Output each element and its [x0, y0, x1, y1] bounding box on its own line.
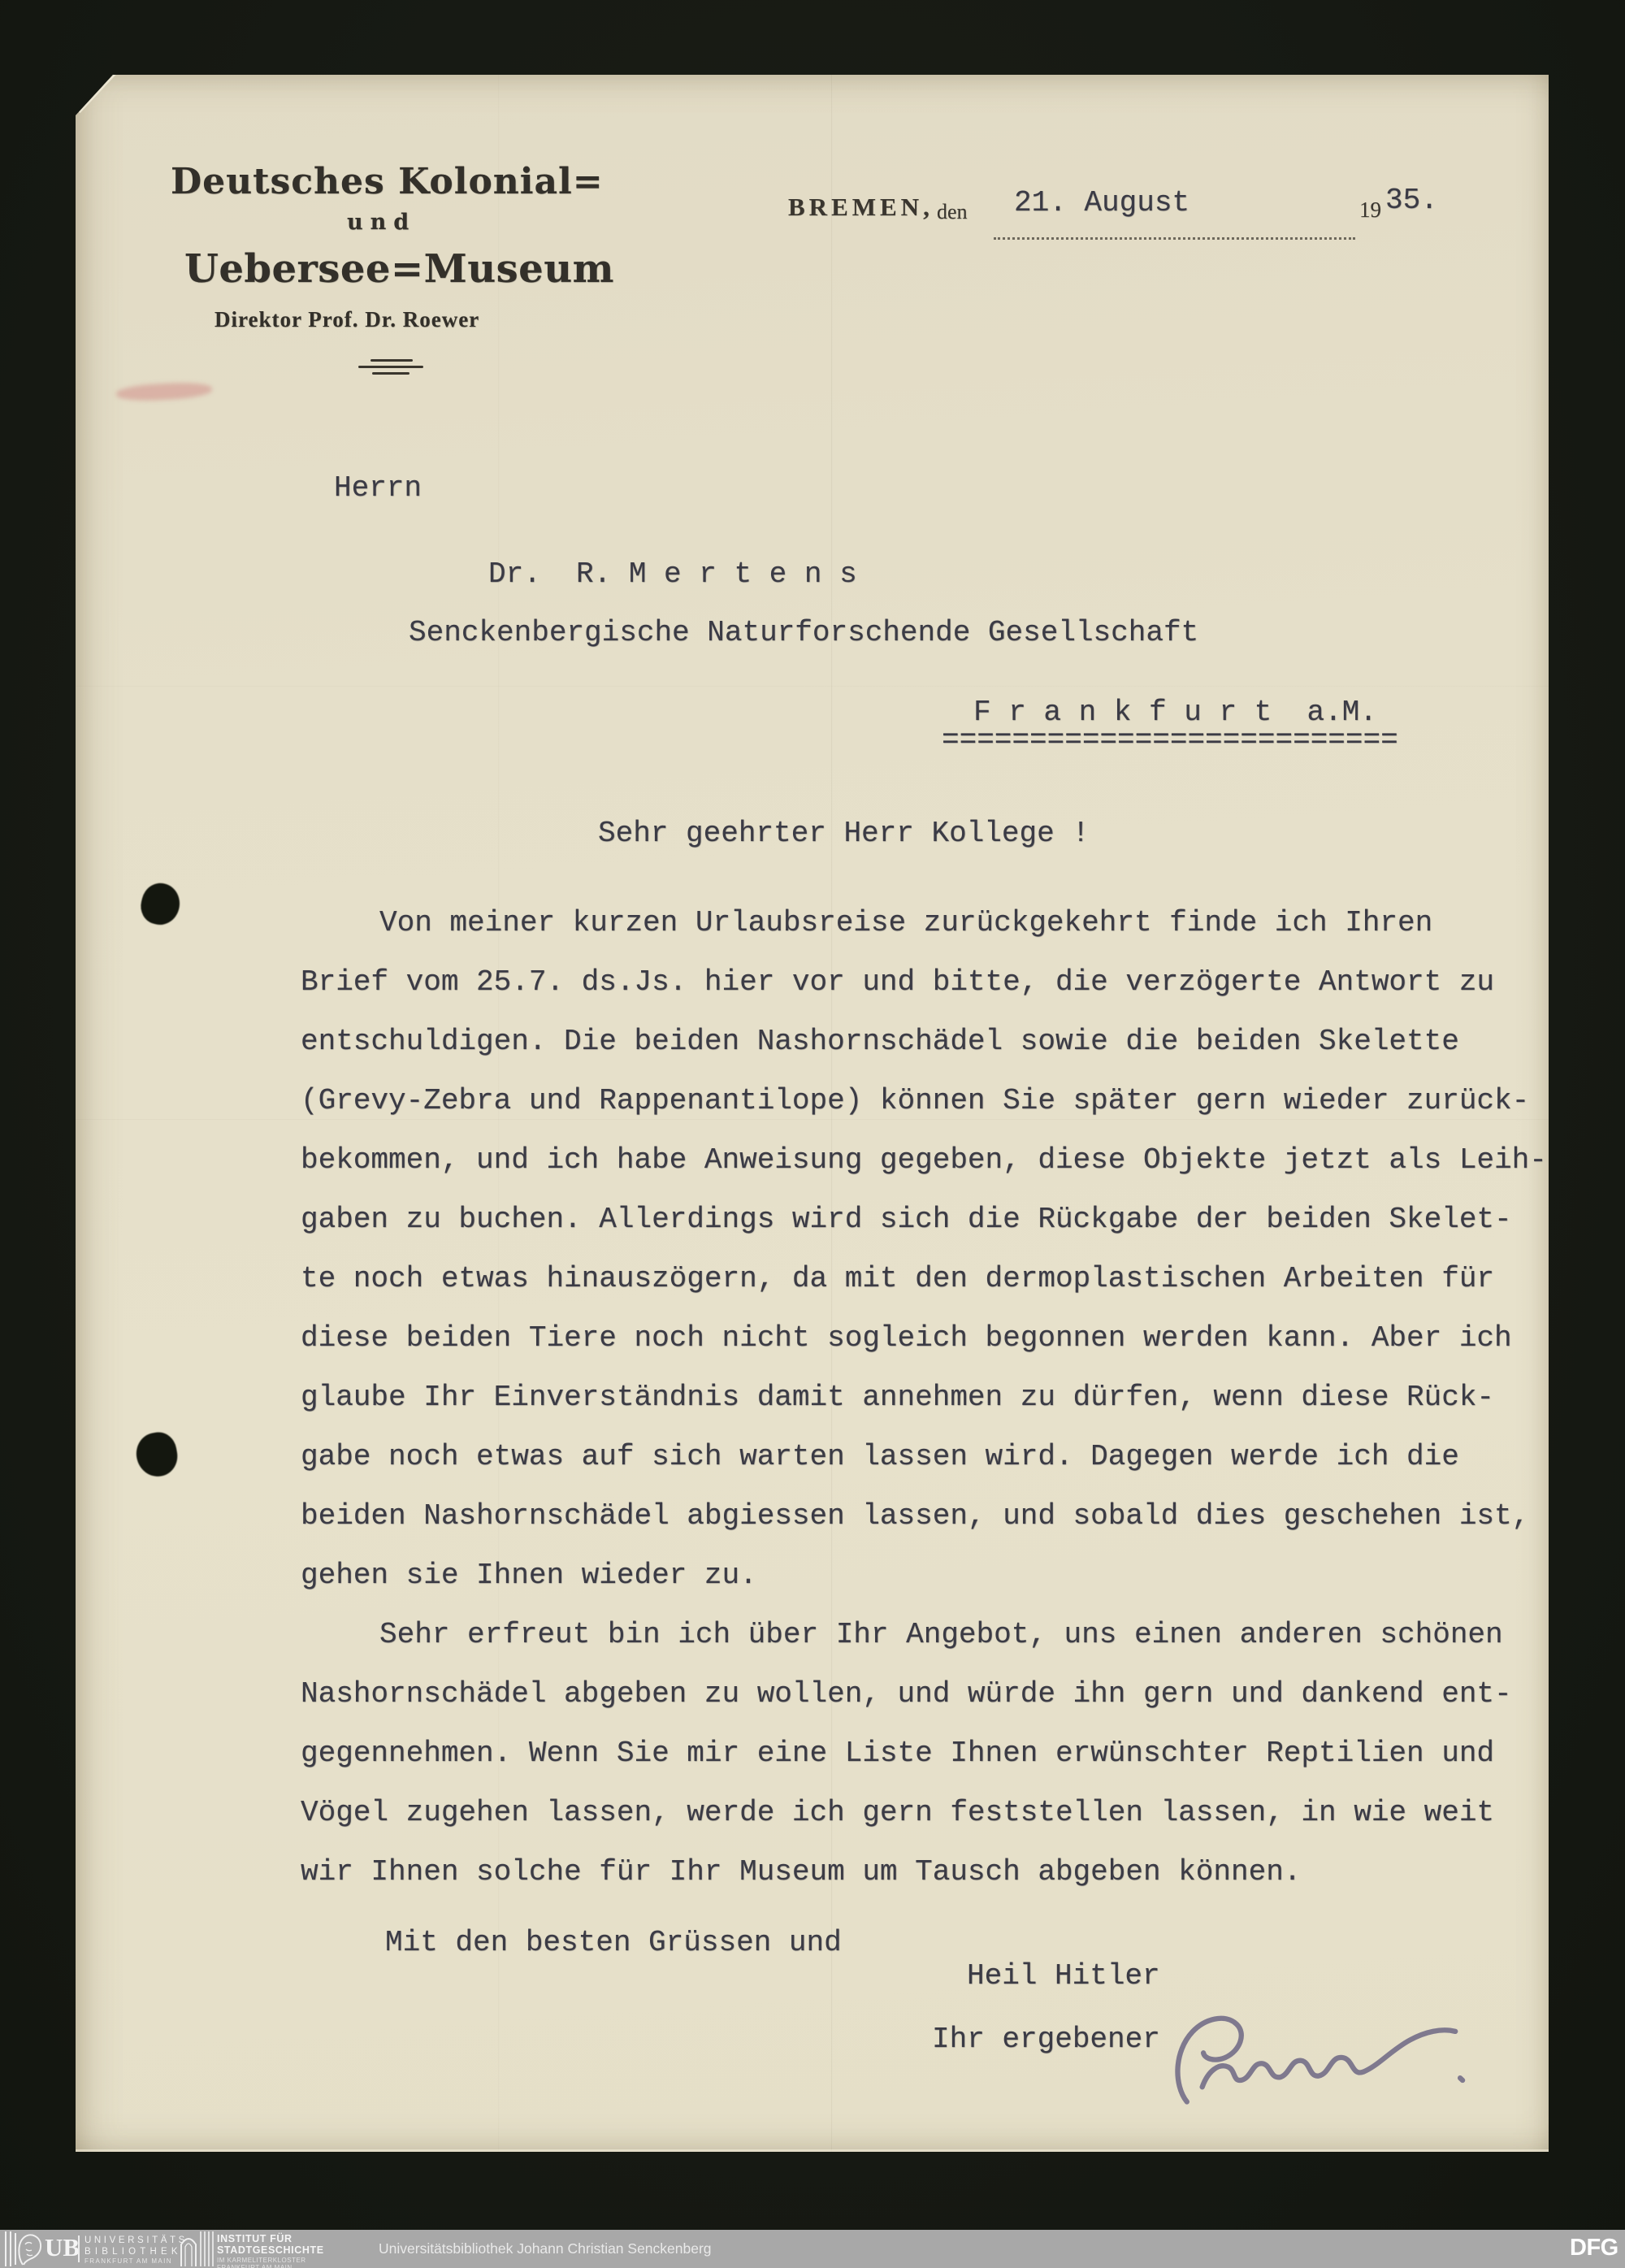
dateline-typed-date: 21. August — [1014, 185, 1189, 221]
body-line: te noch etwas hinauszögern, da mit den d… — [301, 1261, 1494, 1297]
body-line: gaben zu buchen. Allerdings wird sich di… — [301, 1202, 1512, 1238]
handwritten-signature-roewer — [1159, 1997, 1472, 2129]
letter-paper-sheet: Deutsches Kolonial= und Uebersee=Museum … — [76, 75, 1549, 2152]
body-line: gegennehmen. Wenn Sie mir eine Liste Ihn… — [301, 1736, 1494, 1771]
letterhead-line2: und — [347, 210, 416, 235]
karmeliterkloster-arch-icon — [178, 2231, 214, 2266]
isg-text-line1: INSTITUT FÜR — [217, 2234, 324, 2244]
dfg-logo: DFG — [1570, 2235, 1618, 2261]
recipient-prefix: Herrn — [334, 471, 422, 506]
ub-logo-text: UNIVERSITÄTS BIBLIOTHEK FRANKFURT AM MAI… — [84, 2236, 188, 2265]
closing-devoted: Ihr ergebener — [932, 2022, 1160, 2058]
red-ink-smudge — [116, 381, 213, 402]
body-line: glaube Ihr Einverständnis damit annehmen… — [301, 1380, 1494, 1416]
letterhead-line1: Deutsches Kolonial= — [171, 161, 604, 202]
scanned-letter-page: Deutsches Kolonial= und Uebersee=Museum … — [0, 0, 1625, 2268]
closing-regards: Mit den besten Grüssen und — [385, 1925, 842, 1961]
body-line: Von meiner kurzen Urlaubsreise zurückgek… — [379, 905, 1432, 941]
footer-library-credit: Universitätsbibliothek Johann Christian … — [379, 2230, 712, 2268]
ub-text-line3: FRANKFURT AM MAIN — [84, 2258, 188, 2265]
recipient-institution: Senckenbergische Naturforschende Gesells… — [409, 615, 1198, 651]
folded-corner — [77, 67, 121, 114]
archive-footer-bar: UB UNIVERSITÄTS BIBLIOTHEK FRANKFURT AM … — [0, 2230, 1625, 2268]
paper-bottom-edge — [76, 2149, 1549, 2152]
body-line: beiden Nashornschädel abgiessen lassen, … — [301, 1498, 1529, 1534]
body-line: diese beiden Tiere noch nicht sogleich b… — [301, 1320, 1512, 1356]
ub-goethe-head-icon — [3, 2231, 44, 2266]
dateline-dotted-rule — [994, 237, 1355, 240]
dateline-typed-year: 35. — [1385, 183, 1438, 219]
dateline-city: BREMEN, — [788, 193, 934, 222]
body-line: bekommen, und ich habe Anweisung gegeben… — [301, 1143, 1547, 1178]
body-line: entschuldigen. Die beiden Nashornschädel… — [301, 1024, 1459, 1060]
punch-hole — [133, 1429, 181, 1480]
letterhead-line3: Uebersee=Museum — [184, 246, 614, 292]
horizontal-fold-crease — [76, 1119, 1549, 1121]
body-line: Brief vom 25.7. ds.Js. hier vor und bitt… — [301, 965, 1494, 1000]
body-line: Sehr erfreut bin ich über Ihr Angebot, u… — [379, 1617, 1503, 1653]
horizontal-fold-crease — [76, 686, 1549, 687]
recipient-name: Dr. R. M e r t e n s — [488, 557, 857, 592]
dateline-particle: den — [937, 200, 968, 224]
letterhead-flourish — [358, 359, 423, 379]
closing-heil-hitler: Heil Hitler — [967, 1958, 1160, 1994]
salutation: Sehr geehrter Herr Kollege ! — [598, 816, 1090, 852]
body-line: (Grevy-Zebra und Rappenantilope) können … — [301, 1083, 1529, 1119]
letterhead-director-line: Direktor Prof. Dr. Roewer — [214, 307, 479, 332]
ub-logo-abbr: UB — [45, 2233, 80, 2262]
ub-text-line2: BIBLIOTHEK — [84, 2248, 188, 2257]
ub-text-line1: UNIVERSITÄTS — [84, 2236, 188, 2246]
isg-text-line4: FRANKFURT AM MAIN — [217, 2265, 324, 2268]
isg-text-line3: IM KARMELITERKLOSTER — [217, 2257, 324, 2264]
punch-hole — [137, 879, 184, 929]
dateline-printed-year: 19 — [1359, 197, 1381, 223]
body-line: wir Ihnen solche für Ihr Museum um Tausc… — [301, 1854, 1301, 1890]
ub-logo-divider — [78, 2235, 80, 2262]
body-line: gabe noch etwas auf sich warten lassen w… — [301, 1439, 1459, 1475]
body-line: gehen sie Ihnen wieder zu. — [301, 1558, 757, 1594]
recipient-city-underline: ========================== — [942, 722, 1398, 758]
body-line: Nashornschädel abgeben zu wollen, und wü… — [301, 1676, 1512, 1712]
stadtgeschichte-logo-text: INSTITUT FÜR STADTGESCHICHTE IM KARMELIT… — [217, 2234, 324, 2268]
isg-text-line2: STADTGESCHICHTE — [217, 2245, 324, 2256]
body-line: Vögel zugehen lassen, werde ich gern fes… — [301, 1795, 1494, 1831]
